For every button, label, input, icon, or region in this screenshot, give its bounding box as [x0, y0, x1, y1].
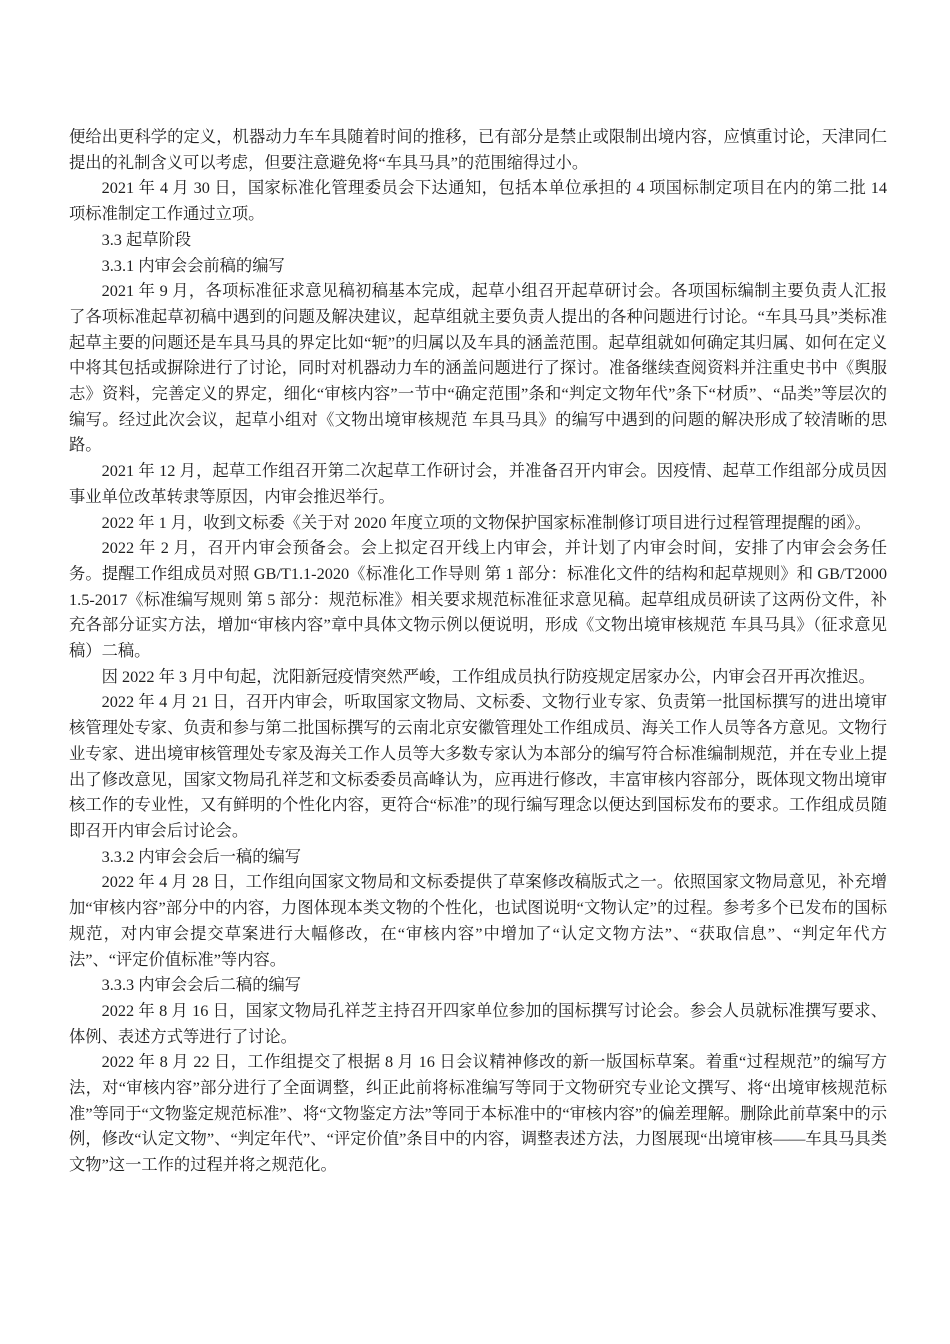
section-heading: 3.3 起草阶段: [69, 227, 887, 253]
body-paragraph: 2022 年 1 月，收到文标委《关于对 2020 年度立项的文物保护国家标准制…: [69, 510, 887, 536]
body-paragraph: 2022 年 4 月 21 日，召开内审会，听取国家文物局、文标委、文物行业专家…: [69, 689, 887, 843]
body-paragraph: 因 2022 年 3 月中旬起，沈阳新冠疫情突然严峻，工作组成员执行防疫规定居家…: [69, 664, 887, 690]
body-paragraph: 2022 年 4 月 28 日，工作组向国家文物局和文标委提供了草案修改稿版式之…: [69, 869, 887, 972]
body-paragraph: 2021 年 9 月，各项标准征求意见稿初稿基本完成，起草小组召开起草研讨会。各…: [69, 278, 887, 458]
section-heading: 3.3.1 内审会会前稿的编写: [69, 253, 887, 279]
body-paragraph: 2022 年 8 月 22 日，工作组提交了根据 8 月 16 日会议精神修改的…: [69, 1049, 887, 1178]
section-heading: 3.3.3 内审会会后二稿的编写: [69, 972, 887, 998]
document-page: 便给出更科学的定义，机器动力车车具随着时间的推移，已有部分是禁止或限制出境内容，…: [0, 0, 950, 1344]
section-heading: 3.3.2 内审会会后一稿的编写: [69, 844, 887, 870]
document-text-block: 便给出更科学的定义，机器动力车车具随着时间的推移，已有部分是禁止或限制出境内容，…: [69, 124, 887, 1178]
body-paragraph: 2022 年 8 月 16 日，国家文物局孔祥芝主持召开四家单位参加的国标撰写讨…: [69, 998, 887, 1049]
body-paragraph: 2022 年 2 月，召开内审会预备会。会上拟定召开线上内审会，并计划了内审会时…: [69, 535, 887, 664]
body-paragraph: 便给出更科学的定义，机器动力车车具随着时间的推移，已有部分是禁止或限制出境内容，…: [69, 124, 887, 175]
body-paragraph: 2021 年 12 月，起草工作组召开第二次起草工作研讨会，并准备召开内审会。因…: [69, 458, 887, 509]
body-paragraph: 2021 年 4 月 30 日，国家标准化管理委员会下达通知，包括本单位承担的 …: [69, 175, 887, 226]
